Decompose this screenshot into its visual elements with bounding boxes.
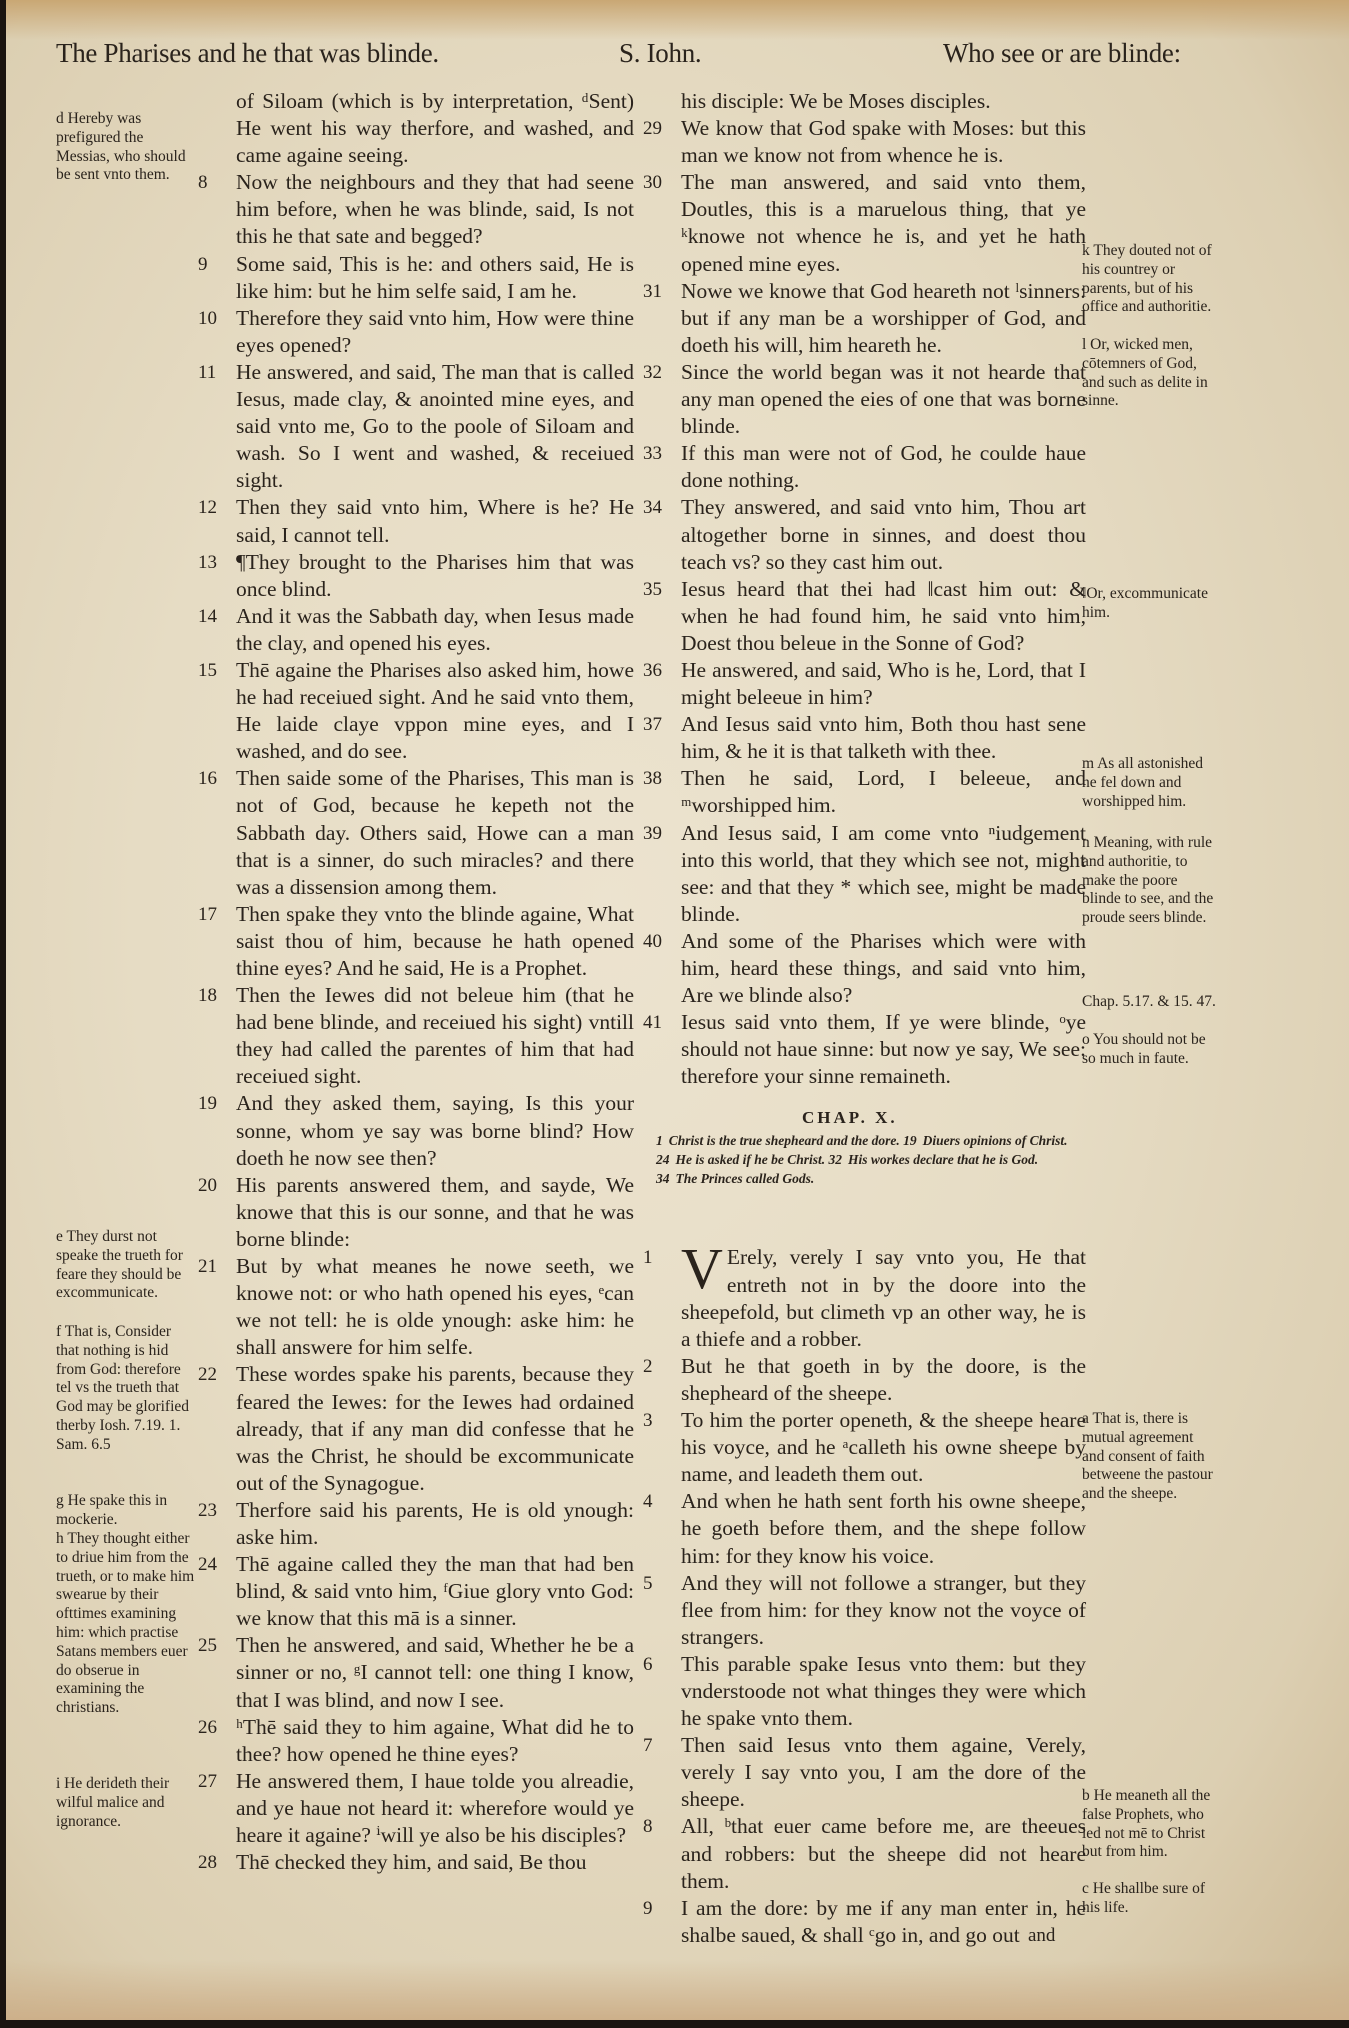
verse-text: Then they said vnto him, Where is he? He…	[236, 494, 634, 548]
verse-number: 9	[643, 1895, 653, 1922]
verse-text: ʰThē said they to him againe, What did h…	[236, 1714, 634, 1768]
verse-number: 40	[643, 928, 662, 955]
verse: 12Then they said vnto him, Where is he? …	[236, 494, 634, 548]
margin-note: h They thought either to driue him from …	[56, 1530, 196, 1718]
verse-text: Then saide some of the Pharises, This ma…	[236, 765, 634, 900]
verse: 32Since the world began was it not heard…	[681, 359, 1086, 440]
verse: 33If this man were not of God, he coulde…	[681, 440, 1086, 494]
verse-number: 2	[643, 1353, 653, 1380]
verse: 37And Iesus said vnto him, Both thou has…	[681, 711, 1086, 765]
verse: 26ʰThē said they to him againe, What did…	[236, 1714, 634, 1768]
verse-text: Nowe we knowe that God heareth not ˡsinn…	[681, 278, 1086, 359]
verse-number: 5	[643, 1570, 653, 1597]
verse-text: Therefore they said vnto him, How were t…	[236, 305, 634, 359]
verse: 3To him the porter openeth, & the sheepe…	[681, 1407, 1086, 1488]
margin-note: c He shallbe sure of his life.	[1082, 1880, 1218, 1918]
verse-text: This parable spake Iesus vnto them: but …	[681, 1651, 1086, 1732]
verse-text: And when he hath sent forth his owne she…	[681, 1488, 1086, 1569]
verse: 13¶They brought to the Pharises him that…	[236, 549, 634, 603]
margin-note: d Hereby was prefigured the Messias, who…	[56, 110, 196, 185]
verse-text: Since the world began was it not hearde …	[681, 359, 1086, 440]
right-text-column: his disciple: We be Moses disciples.29We…	[681, 88, 1086, 1949]
verse: 10Therefore they said vnto him, How were…	[236, 305, 634, 359]
verse: 21But by what meanes he nowe seeth, we k…	[236, 1253, 634, 1361]
verse: 22These wordes spake his parents, becaus…	[236, 1361, 634, 1496]
verse: 14And it was the Sabbath day, when Iesus…	[236, 603, 634, 657]
verse: 11He answered, and said, The man that is…	[236, 359, 634, 494]
verse-number: 31	[643, 278, 662, 305]
bible-page: The Pharises and he that was blinde. S. …	[6, 0, 1349, 2020]
verse-text: VErely, verely I say vnto you, He that e…	[681, 1244, 1086, 1352]
verse-number: 35	[643, 576, 662, 603]
verse: 28Thē checked they him, and said, Be tho…	[236, 1849, 634, 1876]
verse: 1VErely, verely I say vnto you, He that …	[681, 1244, 1086, 1352]
verse-number: 10	[198, 305, 217, 332]
chapter-summary: 1Christ is the true shepheard and the do…	[656, 1131, 1081, 1188]
verse-number: 36	[643, 657, 662, 684]
margin-note: Chap. 5.17. & 15. 47.	[1082, 993, 1218, 1012]
verse-number: 13	[198, 549, 217, 576]
margin-note: b He meaneth all the false Prophets, who…	[1082, 1787, 1218, 1862]
verse-text: He answered, and said, Who is he, Lord, …	[681, 657, 1086, 711]
verse-number: 6	[643, 1651, 653, 1678]
verse-number: 16	[198, 765, 217, 792]
verse-text: Some said, This is he: and others said, …	[236, 251, 634, 305]
verse-text: his disciple: We be Moses disciples.	[681, 88, 1086, 115]
verse: 30The man answered, and said vnto them, …	[681, 169, 1086, 277]
summary-verse-ref: 32	[829, 1152, 843, 1167]
verse-number: 8	[643, 1813, 653, 1840]
verse-text: And Iesus said, I am come vnto ⁿiudgemen…	[681, 820, 1086, 928]
verse-number: 25	[198, 1632, 217, 1659]
verse-text: And they will not followe a stranger, bu…	[681, 1570, 1086, 1651]
verse-number: 39	[643, 820, 662, 847]
verse-number: 9	[198, 251, 208, 278]
verse: 2But he that goeth in by the doore, is t…	[681, 1353, 1086, 1407]
verse: 24Thē againe called they the man that ha…	[236, 1551, 634, 1632]
verse-text: He answered them, I haue tolde you alrea…	[236, 1768, 634, 1849]
page-stain-top	[6, 0, 1349, 40]
verse-text: These wordes spake his parents, because …	[236, 1361, 634, 1496]
running-head-book: S. Iohn.	[619, 38, 701, 69]
verse: 25Then he answered, and said, Whether he…	[236, 1632, 634, 1713]
verse-text: They answered, and said vnto him, Thou a…	[681, 494, 1086, 575]
verse-number: 30	[643, 169, 662, 196]
verse-text: And some of the Pharises which were with…	[681, 928, 1086, 1009]
verse: 23Therfore said his parents, He is old y…	[236, 1497, 634, 1551]
verse-text: Thē checked they him, and said, Be thou	[236, 1849, 634, 1876]
verse-text: Then spake they vnto the blinde againe, …	[236, 901, 634, 982]
verse-text: The man answered, and said vnto them, Do…	[681, 169, 1086, 277]
verse: 35Iesus heard that thei had ‖cast him ou…	[681, 576, 1086, 657]
verse-number: 11	[198, 359, 216, 386]
margin-note: o You should not be so much in faute.	[1082, 1031, 1218, 1069]
verse: 6This parable spake Iesus vnto them: but…	[681, 1651, 1086, 1732]
verse-number: 14	[198, 603, 217, 630]
verse-number: 37	[643, 711, 662, 738]
verse-text: Therfore said his parents, He is old yno…	[236, 1497, 634, 1551]
verse: 16Then saide some of the Pharises, This …	[236, 765, 634, 900]
verse-text: Then he said, Lord, I beleeue, and ᵐwors…	[681, 765, 1086, 819]
verse-text: All, ᵇthat euer came before me, are thee…	[681, 1813, 1086, 1894]
verse-text: Thē againe the Pharises also asked him, …	[236, 657, 634, 765]
verse: 31Nowe we knowe that God heareth not ˡsi…	[681, 278, 1086, 359]
drop-cap: V	[681, 1244, 723, 1294]
verse-text: We know that God spake with Moses: but t…	[681, 115, 1086, 169]
chapter-heading: CHAP. X.	[802, 1108, 898, 1128]
verse-number: 8	[198, 169, 208, 196]
verse: 7Then said Iesus vnto them againe, Verel…	[681, 1732, 1086, 1813]
summary-text: The Princes called Gods.	[676, 1171, 815, 1186]
margin-note: ‖Or, excommunicate him.	[1082, 585, 1218, 623]
verse-number: 7	[643, 1732, 653, 1759]
page-stain-bottom	[6, 1960, 1349, 2020]
verse-number: 23	[198, 1497, 217, 1524]
verse-text: And it was the Sabbath day, when Iesus m…	[236, 603, 634, 657]
verse: 29We know that God spake with Moses: but…	[681, 115, 1086, 169]
verse-text: Then he answered, and said, Whether he b…	[236, 1632, 634, 1713]
margin-note: g He spake this in mockerie.	[56, 1492, 196, 1530]
margin-note: f That is, Consider that nothing is hid …	[56, 1323, 196, 1455]
verse: 41Iesus said vnto them, If ye were blind…	[681, 1009, 1086, 1090]
verse-number: 34	[643, 494, 662, 521]
verse-number: 17	[198, 901, 217, 928]
catchword: and	[1028, 1925, 1055, 1947]
summary-verse-ref: 19	[903, 1133, 917, 1148]
verse-number: 41	[643, 1009, 662, 1036]
verse: 20His parents answered them, and sayde, …	[236, 1172, 634, 1253]
running-head-right: Who see or are blinde:	[943, 38, 1181, 69]
verse-number: 24	[198, 1551, 217, 1578]
verse: 19And they asked them, saying, Is this y…	[236, 1090, 634, 1171]
verse-text: If this man were not of God, he coulde h…	[681, 440, 1086, 494]
summary-verse-ref: 34	[656, 1171, 670, 1186]
verse-number: 27	[198, 1768, 217, 1795]
summary-text: His workes declare that he is God.	[848, 1152, 1038, 1167]
verse: 8All, ᵇthat euer came before me, are the…	[681, 1813, 1086, 1894]
verse-number: 15	[198, 657, 217, 684]
summary-verse-ref: 1	[656, 1133, 663, 1148]
verse-number: 32	[643, 359, 662, 386]
verse-number: 38	[643, 765, 662, 792]
verse-number: 22	[198, 1361, 217, 1388]
verse-text: ¶They brought to the Pharises him that w…	[236, 549, 634, 603]
margin-note: a That is, there is mutual agreement and…	[1082, 1410, 1218, 1504]
verse-number: 20	[198, 1172, 217, 1199]
verse: of Siloam (which is by interpretation, ᵈ…	[236, 88, 634, 169]
verse: 38Then he said, Lord, I beleeue, and ᵐwo…	[681, 765, 1086, 819]
verse: 5And they will not followe a stranger, b…	[681, 1570, 1086, 1651]
summary-text: Diuers opinions of Christ.	[923, 1133, 1068, 1148]
verse-number: 33	[643, 440, 662, 467]
left-text-column: of Siloam (which is by interpretation, ᵈ…	[236, 88, 634, 1876]
verse-text: Iesus heard that thei had ‖cast him out:…	[681, 576, 1086, 657]
margin-note: l Or, wicked men, cōtemners of God, and …	[1082, 336, 1218, 411]
verse-number: 4	[643, 1488, 653, 1515]
verse-number: 21	[198, 1253, 217, 1280]
verse-text: And Iesus said vnto him, Both thou hast …	[681, 711, 1086, 765]
verse-number: 3	[643, 1407, 653, 1434]
verse: 40And some of the Pharises which were wi…	[681, 928, 1086, 1009]
verse-number: 1	[643, 1244, 653, 1271]
verse: 9I am the dore: by me if any man enter i…	[681, 1895, 1086, 1949]
verse-number: 29	[643, 115, 662, 142]
verse: 34They answered, and said vnto him, Thou…	[681, 494, 1086, 575]
verse: his disciple: We be Moses disciples.	[681, 88, 1086, 115]
margin-note: n Meaning, with rule and authoritie, to …	[1082, 834, 1218, 928]
verse-text: He answered, and said, The man that is c…	[236, 359, 634, 494]
verse-text: Then the Iewes did not beleue him (that …	[236, 982, 634, 1090]
verse-text: Then said Iesus vnto them againe, Verely…	[681, 1732, 1086, 1813]
verse-text: Iesus said vnto them, If ye were blinde,…	[681, 1009, 1086, 1090]
margin-note: e They durst not speake the trueth for f…	[56, 1228, 196, 1303]
margin-note: k They douted not of his countrey or par…	[1082, 242, 1218, 317]
verse-text: But by what meanes he nowe seeth, we kno…	[236, 1253, 634, 1361]
verse-number: 26	[198, 1714, 217, 1741]
verse-text: Now the neighbours and they that had see…	[236, 169, 634, 250]
summary-text: Christ is the true shepheard and the dor…	[669, 1133, 903, 1148]
verse-text: To him the porter openeth, & the sheepe …	[681, 1407, 1086, 1488]
verse-number: 19	[198, 1090, 217, 1117]
verse-text: And they asked them, saying, Is this you…	[236, 1090, 634, 1171]
verse: 4And when he hath sent forth his owne sh…	[681, 1488, 1086, 1569]
verse: 15Thē againe the Pharises also asked him…	[236, 657, 634, 765]
verse-text: of Siloam (which is by interpretation, ᵈ…	[236, 88, 634, 169]
verse: 17Then spake they vnto the blinde againe…	[236, 901, 634, 982]
verse: 9Some said, This is he: and others said,…	[236, 251, 634, 305]
verse-number: 18	[198, 982, 217, 1009]
running-head-left: The Pharises and he that was blinde.	[56, 38, 439, 69]
verse: 18Then the Iewes did not beleue him (tha…	[236, 982, 634, 1090]
verse: 27He answered them, I haue tolde you alr…	[236, 1768, 634, 1849]
verse-text: But he that goeth in by the doore, is th…	[681, 1353, 1086, 1407]
verse: 39And Iesus said, I am come vnto ⁿiudgem…	[681, 820, 1086, 928]
summary-verse-ref: 24	[656, 1152, 670, 1167]
margin-note: m As all astonished he fel down and wors…	[1082, 755, 1218, 811]
summary-text: He is asked if he be Christ.	[676, 1152, 829, 1167]
verse: 8Now the neighbours and they that had se…	[236, 169, 634, 250]
verse-text: Thē againe called they the man that had …	[236, 1551, 634, 1632]
margin-note: i He derideth their wilful malice and ig…	[56, 1775, 196, 1831]
verse: 36He answered, and said, Who is he, Lord…	[681, 657, 1086, 711]
verse-number: 28	[198, 1849, 217, 1876]
verse-text: I am the dore: by me if any man enter in…	[681, 1895, 1086, 1949]
verse-text: His parents answered them, and sayde, We…	[236, 1172, 634, 1253]
verse-number: 12	[198, 494, 217, 521]
